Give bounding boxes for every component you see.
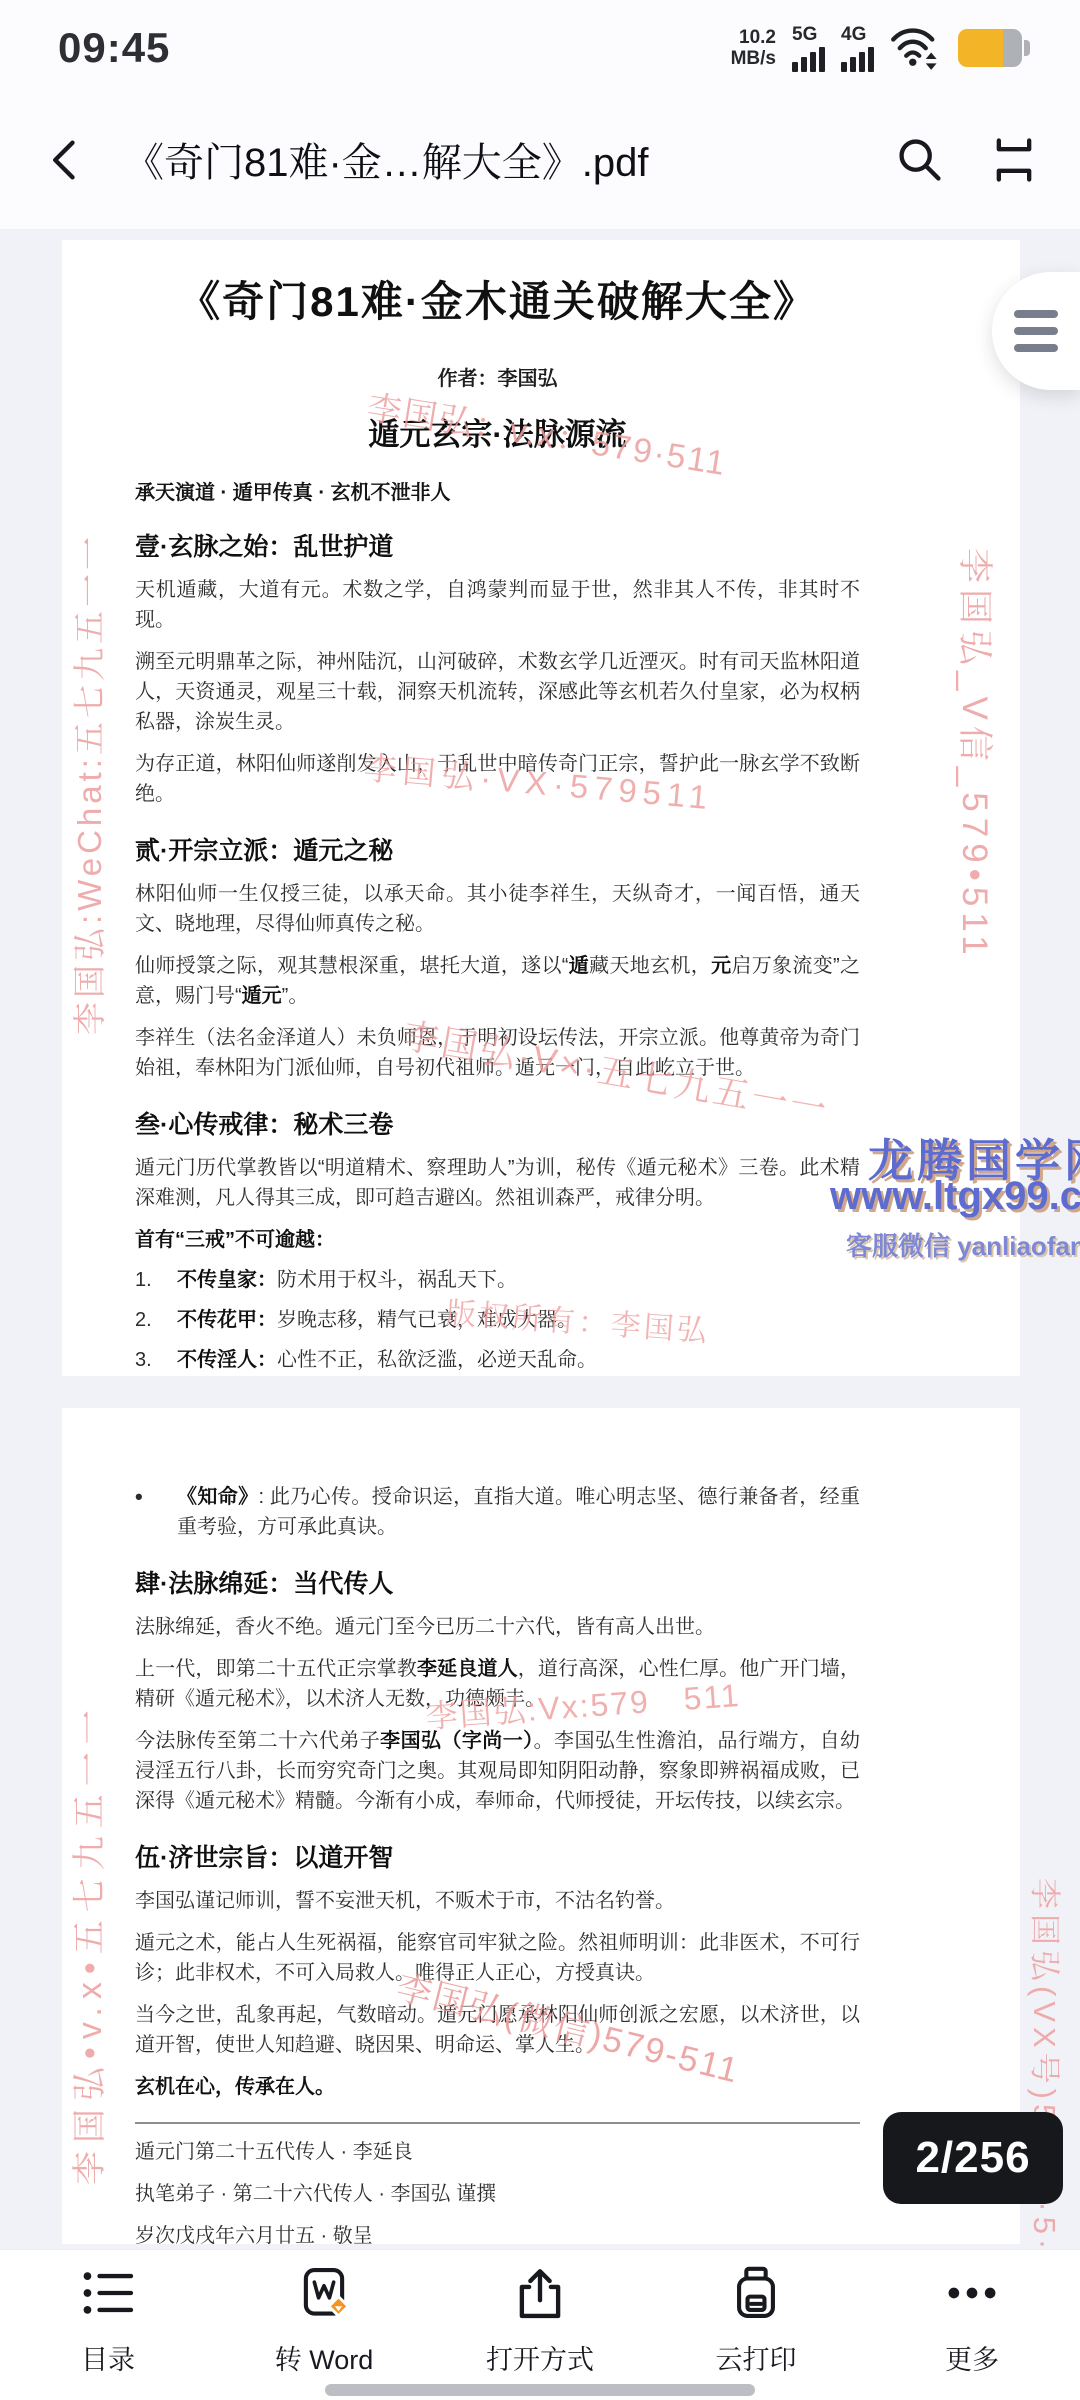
document-title: 《奇门81难·金…解大全》.pdf xyxy=(124,131,866,188)
home-indicator[interactable] xyxy=(325,2384,755,2396)
list-item: 2.不传花甲：岁晚志移，精气已衰，难成大器。 xyxy=(135,1305,860,1335)
doc-text: 承天演道 · 遁甲传真 · 玄机不泄非人 xyxy=(135,476,860,505)
network-speed: 10.2 MB/s xyxy=(731,27,776,69)
toolbar-label-open-with: 打开方式 xyxy=(486,2338,594,2377)
doc-text: 叁·心传戒律：秘术三卷 xyxy=(135,1105,860,1141)
doc-text: 作者：李国弘 xyxy=(135,362,860,391)
doc-text: 天机遁藏，大道有元。术数之学，自鸿蒙判而显于世，然非其人不传，非其时不现。 xyxy=(135,575,860,635)
network-speed-value: 10.2 xyxy=(731,27,776,48)
doc-text: 遁元玄宗·法脉源流 xyxy=(135,409,860,454)
doc-text: 壹·玄脉之始：乱世护道 xyxy=(135,527,860,563)
fit-width-button[interactable] xyxy=(984,130,1044,190)
list-item: 3.不传淫人：心性不正，私欲泛滥，必逆天乱命。 xyxy=(135,1345,860,1375)
seller-url-watermark: www.ltgx99.com xyxy=(830,1174,1080,1219)
doc-text: 遁元门第二十五代传人 · 李延良 xyxy=(135,2138,860,2166)
search-button[interactable] xyxy=(890,130,950,190)
doc-text: 遁元门历代掌教皆以“明道精术、察理助人”为训，秘传《遁元秘术》三卷。此术精深难测… xyxy=(135,1153,860,1213)
pdf-page-2: •《知命》: 此乃心传。授命识运，直指大道。唯心明志坚、德行兼备者，经重重考验，… xyxy=(62,1408,1020,2244)
toolbar-item-more[interactable]: 更多 xyxy=(864,2250,1080,2400)
toolbar-label-toc: 目录 xyxy=(81,2338,135,2377)
doc-text: 首有“三戒”不可逾越： xyxy=(135,1225,860,1255)
list-item: 1.不传皇家：防术用于权斗，祸乱天下。 xyxy=(135,1265,860,1295)
toolbar-label-more: 更多 xyxy=(945,2338,999,2377)
doc-text: 溯至元明鼎革之际，神州陆沉，山河破碎，术数玄学几近湮灭。时有司天监林阳道人，天资… xyxy=(135,647,860,737)
doc-text: 遁元之术，能占人生死祸福，能察官司牢狱之险。然祖师明训：此非医术，不可行诊；此非… xyxy=(135,1928,860,1988)
more-icon xyxy=(943,2264,1001,2322)
toolbar-item-convert-word[interactable]: 转 Word xyxy=(216,2250,432,2400)
fit-width-icon xyxy=(988,134,1040,186)
doc-heading: 《奇门81难·金木通关破解大全》 xyxy=(135,276,860,328)
seller-wechat-watermark: 客服微信 yanliaofan225 xyxy=(846,1226,1080,1263)
list-item: •《知命》: 此乃心传。授命识运，直指大道。唯心明志坚、德行兼备者，经重重考验，… xyxy=(135,1482,860,1542)
toolbar-item-toc[interactable]: 目录 xyxy=(0,2250,216,2400)
toc-icon xyxy=(79,2264,137,2322)
menu-icon xyxy=(1014,310,1058,318)
toolbar-label-convert-word: 转 Word xyxy=(275,2338,374,2377)
word-convert-icon xyxy=(295,2264,353,2322)
toolbar-item-cloud-print[interactable]: 云打印 xyxy=(648,2250,864,2400)
doc-text: 玄机在心，传承在人。 xyxy=(135,2072,860,2102)
clock: 09:45 xyxy=(58,24,170,72)
doc-text: 伍·济世宗旨：以道开智 xyxy=(135,1838,860,1874)
search-icon xyxy=(894,134,946,186)
doc-text: 上一代，即第二十五代正宗掌教李延良道人，道行高深，心性仁厚。他广开门墙，精研《遁… xyxy=(135,1654,860,1714)
phone-screen: 09:45 10.2 MB/s 5G 4G xyxy=(0,0,1080,2400)
back-button[interactable] xyxy=(36,130,96,190)
status-bar: 09:45 10.2 MB/s 5G 4G xyxy=(0,0,1080,90)
toolbar-item-open-with[interactable]: 打开方式 xyxy=(432,2250,648,2400)
status-icons: 10.2 MB/s 5G 4G xyxy=(731,20,1030,77)
doc-text: 李国弘谨记师训，誓不妄泄天机，不贩术于市，不沽名钓誉。 xyxy=(135,1886,860,1916)
doc-text: 今法脉传至第二十六代弟子李国弘（字尚一）。李国弘生性澹泊，品行端方，自幼浸淫五行… xyxy=(135,1726,860,1816)
share-icon xyxy=(511,2264,569,2322)
back-icon xyxy=(40,134,92,186)
doc-text: 李祥生（法名金泽道人）未负师恩，于明初设坛传法，开宗立派。他尊黄帝为奇门始祖，奉… xyxy=(135,1023,860,1083)
battery-icon xyxy=(958,29,1030,67)
doc-text: 仙师授箓之际，观其慧根深重，堪托大道，遂以“遁藏天地玄机，元启万象流变”之意，赐… xyxy=(135,951,860,1011)
doc-text: 为存正道，林阳仙师遂削发入山，于乱世中暗传奇门正宗，誓护此一脉玄学不致断绝。 xyxy=(135,749,860,809)
divider xyxy=(135,2122,860,2124)
toolbar-label-cloud-print: 云打印 xyxy=(716,2338,797,2377)
printer-icon xyxy=(727,2264,785,2322)
doc-text: 贰·开宗立派：遁元之秘 xyxy=(135,831,860,867)
app-header: 《奇门81难·金…解大全》.pdf xyxy=(0,90,1080,230)
doc-text: 肆·法脉绵延：当代传人 xyxy=(135,1564,860,1600)
doc-text: 林阳仙师一生仅授三徒，以承天命。其小徒李祥生，天纵奇才，一闻百悟，通天文、晓地理… xyxy=(135,879,860,939)
doc-text: 法脉绵延，香火不绝。遁元门至今已历二十六代，皆有高人出世。 xyxy=(135,1612,860,1642)
wifi-icon xyxy=(890,20,942,77)
doc-text: 岁次戊戌年六月廿五 · 敬呈 xyxy=(135,2222,860,2244)
doc-text: 当今之世，乱象再起，气数暗动。遁元门愿承林阳仙师创派之宏愿，以术济世，以道开智，… xyxy=(135,2000,860,2060)
bottom-toolbar: 目录 转 Word 打开方式 云打印 xyxy=(0,2250,1080,2400)
page-indicator: 2/256 xyxy=(883,2112,1063,2204)
signal-5g-icon: 5G xyxy=(792,25,825,72)
doc-text: 执笔弟子 · 第二十六代传人 · 李国弘 谨撰 xyxy=(135,2180,860,2208)
carrier-1-label: 5G xyxy=(792,25,817,44)
network-speed-unit: MB/s xyxy=(731,48,776,69)
carrier-2-label: 4G xyxy=(841,25,866,44)
signal-4g-icon: 4G xyxy=(841,25,874,72)
